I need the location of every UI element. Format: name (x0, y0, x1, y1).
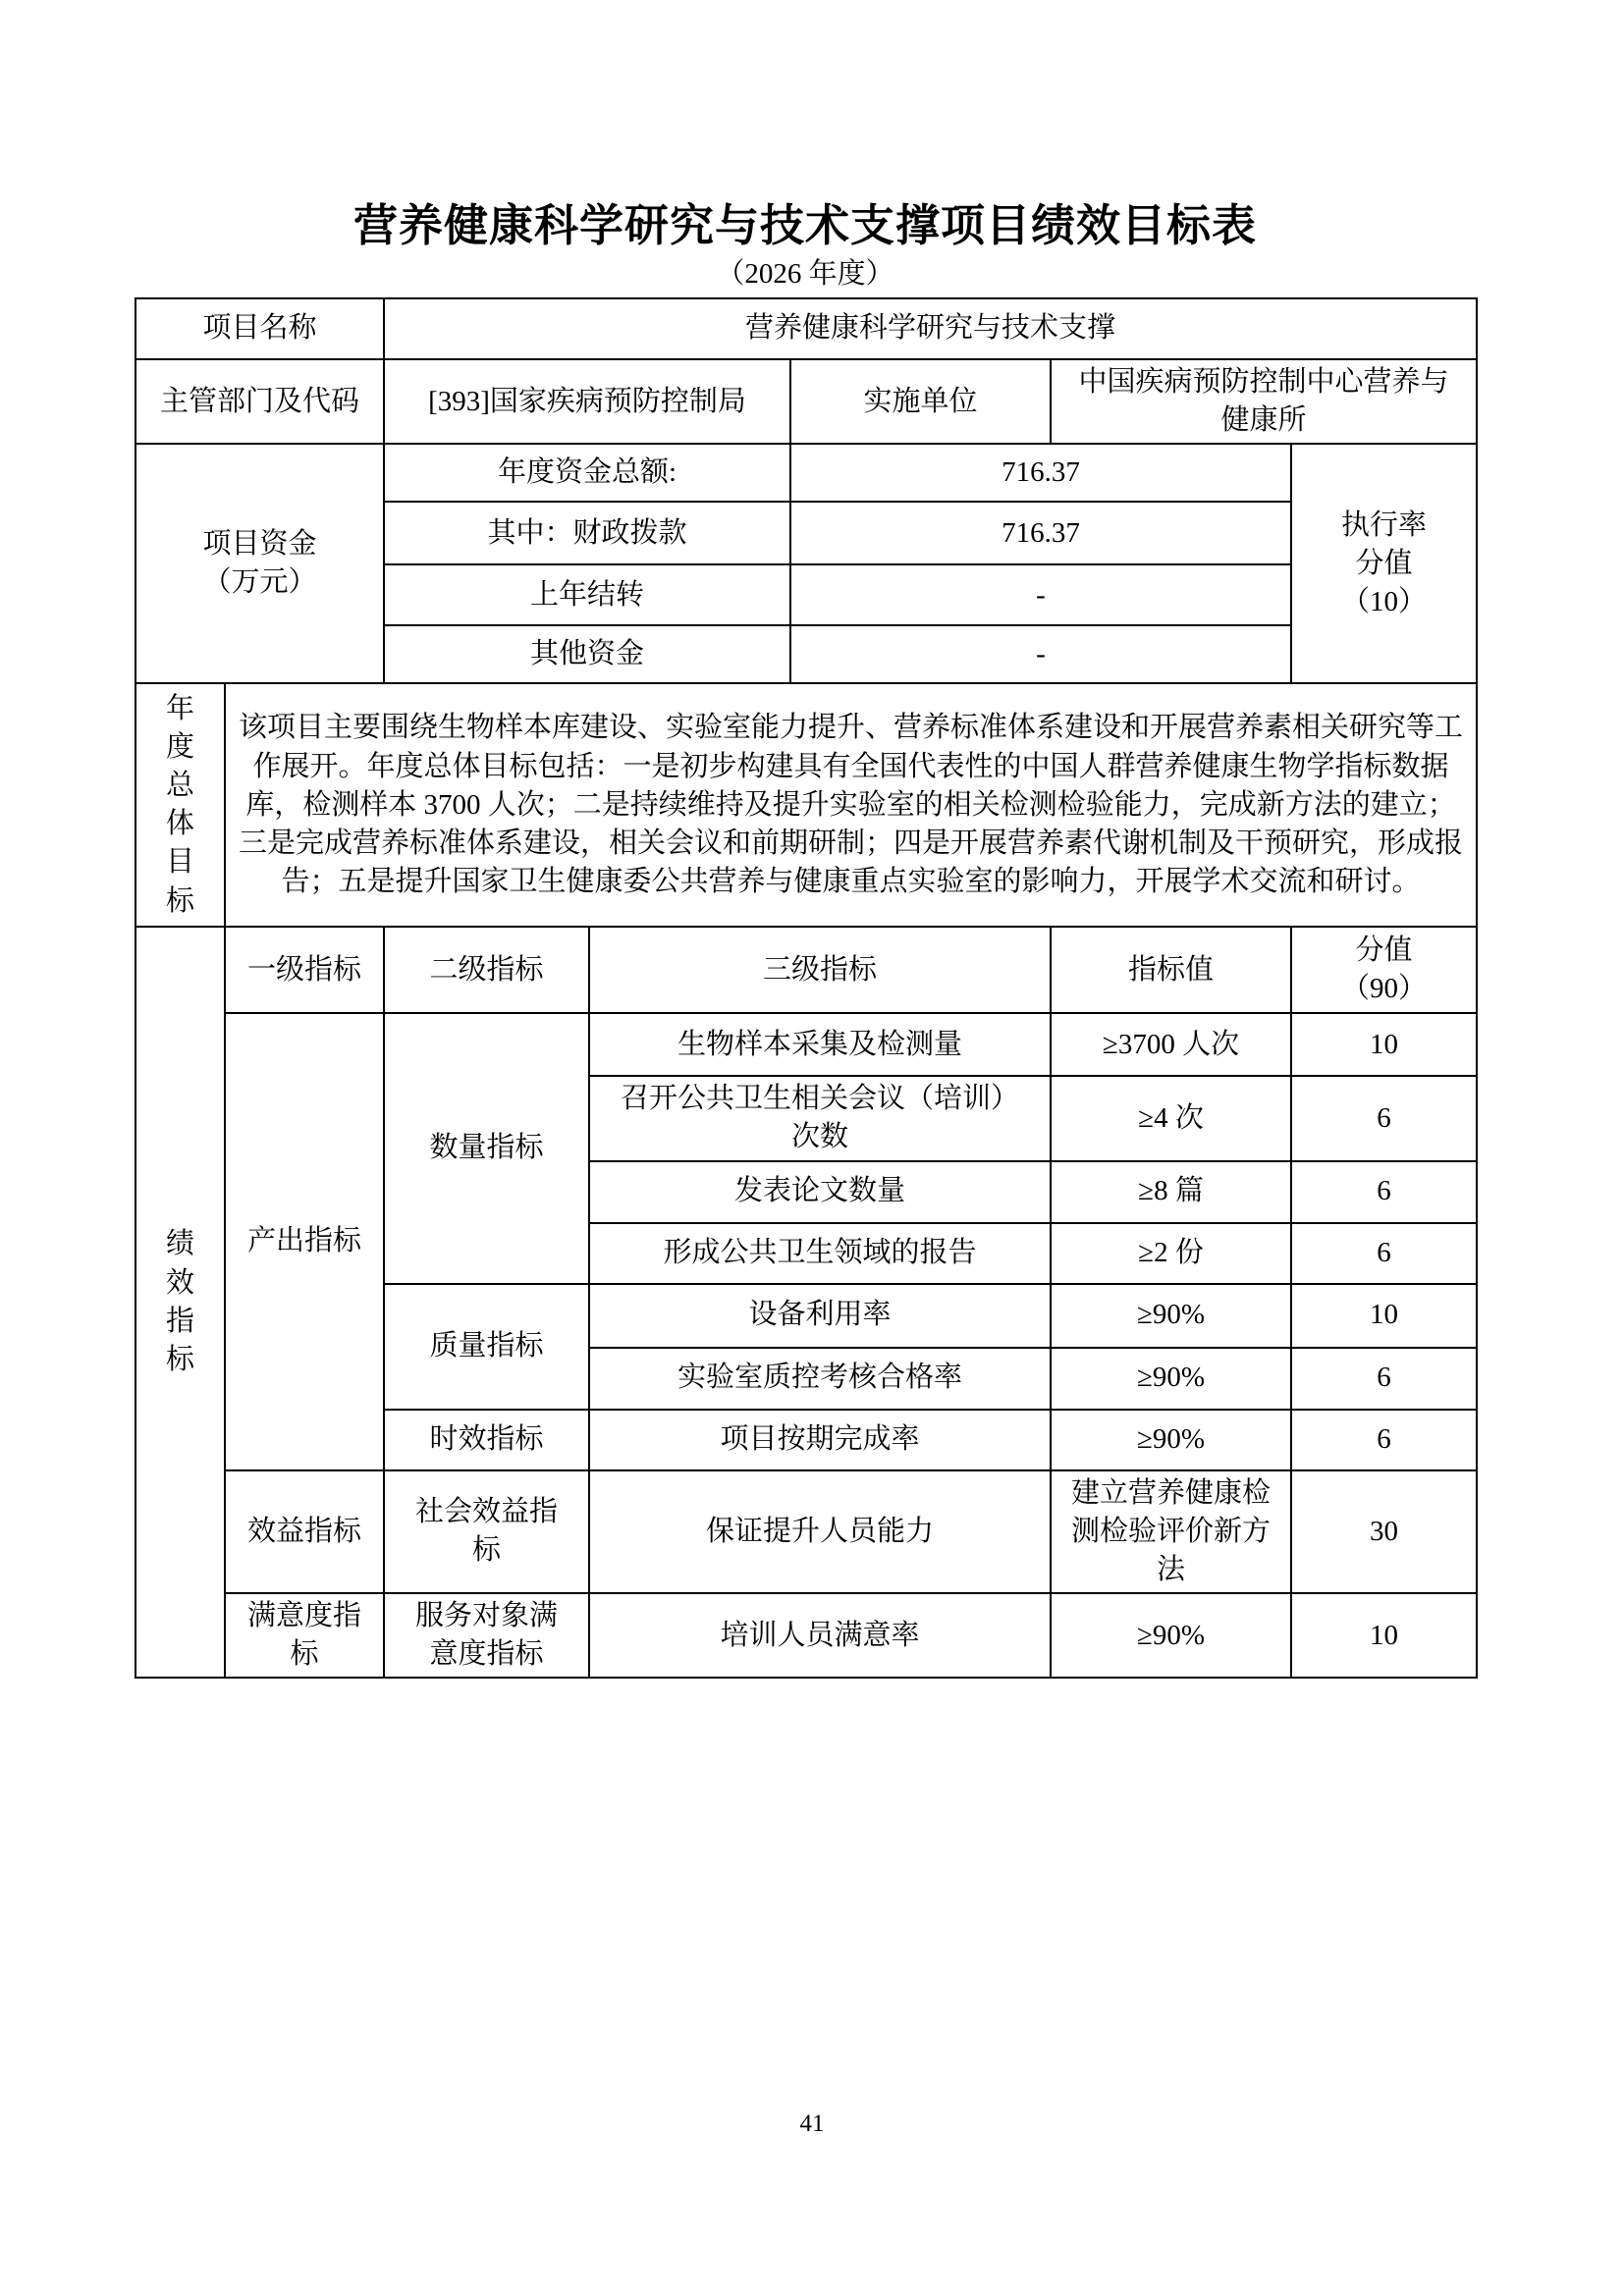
annual-goal-text: 该项目主要围绕生物样本库建设、实验室能力提升、营养标准体系建设和开展营养素相关研… (225, 683, 1477, 927)
table-row: 效益指标 社会效益指 标 保证提升人员能力 建立营养健康检 测检验评价新方 法 … (135, 1470, 1477, 1593)
indicator-score: 6 (1291, 1348, 1477, 1410)
level2-quality: 质量指标 (384, 1284, 589, 1410)
page-number: 41 (0, 2110, 1624, 2138)
funding-total-value: 716.37 (790, 444, 1291, 502)
level3-indicator: 保证提升人员能力 (589, 1470, 1051, 1593)
indicator-value: ≥2 份 (1051, 1223, 1291, 1284)
level2-social-benefit: 社会效益指 标 (384, 1470, 589, 1593)
performance-side-label: 绩 效 指 标 (135, 927, 225, 1678)
indicator-score: 6 (1291, 1223, 1477, 1284)
funding-other-value: - (790, 625, 1291, 683)
level3-indicator: 形成公共卫生领域的报告 (589, 1223, 1051, 1284)
level2-timeliness: 时效指标 (384, 1410, 589, 1470)
indicator-value: ≥90% (1051, 1348, 1291, 1410)
indicator-value: ≥90% (1051, 1284, 1291, 1348)
indicator-score: 10 (1291, 1284, 1477, 1348)
table-row: 满意度指 标 服务对象满 意度指标 培训人员满意率 ≥90% 10 (135, 1593, 1477, 1678)
dept-value: [393]国家疾病预防控制局 (384, 359, 790, 444)
indicator-score: 6 (1291, 1161, 1477, 1223)
table-row: 绩 效 指 标 一级指标 二级指标 三级指标 指标值 分值 （90） (135, 927, 1477, 1013)
level1-satisfaction: 满意度指 标 (225, 1593, 384, 1678)
indicator-value: ≥3700 人次 (1051, 1013, 1291, 1076)
indicator-score: 10 (1291, 1593, 1477, 1678)
level2-service-satisfaction: 服务对象满 意度指标 (384, 1593, 589, 1678)
funding-other-label: 其他资金 (384, 625, 790, 683)
indicator-score: 6 (1291, 1410, 1477, 1470)
annual-goal-side-label: 年 度 总 体 目 标 (135, 683, 225, 927)
project-name-label: 项目名称 (135, 298, 384, 359)
level3-indicator: 发表论文数量 (589, 1161, 1051, 1223)
table-row: 主管部门及代码 [393]国家疾病预防控制局 实施单位 中国疾病预防控制中心营养… (135, 359, 1477, 444)
level3-indicator: 生物样本采集及检测量 (589, 1013, 1051, 1076)
table-row: 年 度 总 体 目 标 该项目主要围绕生物样本库建设、实验室能力提升、营养标准体… (135, 683, 1477, 927)
indicator-value: 建立营养健康检 测检验评价新方 法 (1051, 1470, 1291, 1593)
level1-output: 产出指标 (225, 1013, 384, 1469)
indicator-score: 10 (1291, 1013, 1477, 1076)
performance-target-table: 项目名称 营养健康科学研究与技术支撑 主管部门及代码 [393]国家疾病预防控制… (135, 297, 1478, 1679)
header-level2: 二级指标 (384, 927, 589, 1013)
level2-quantity: 数量指标 (384, 1013, 589, 1283)
indicator-score: 30 (1291, 1470, 1477, 1593)
header-value: 指标值 (1051, 927, 1291, 1013)
table-row: 产出指标 数量指标 生物样本采集及检测量 ≥3700 人次 10 (135, 1013, 1477, 1076)
level3-indicator: 培训人员满意率 (589, 1593, 1051, 1678)
level3-indicator: 实验室质控考核合格率 (589, 1348, 1051, 1410)
indicator-value: ≥4 次 (1051, 1076, 1291, 1160)
project-name-value: 营养健康科学研究与技术支撑 (384, 298, 1477, 359)
header-level1: 一级指标 (225, 927, 384, 1013)
funding-fiscal-value: 716.37 (790, 502, 1291, 564)
document-page: 营养健康科学研究与技术支撑项目绩效目标表 （2026 年度） 项目名称 营养健康… (0, 0, 1624, 2296)
funding-label: 项目资金 （万元） (135, 444, 384, 683)
funding-total-label: 年度资金总额: (384, 444, 790, 502)
impl-unit-label: 实施单位 (790, 359, 1051, 444)
level3-indicator: 项目按期完成率 (589, 1410, 1051, 1470)
funding-carryover-label: 上年结转 (384, 564, 790, 625)
funding-carryover-value: - (790, 564, 1291, 625)
table-row: 项目名称 营养健康科学研究与技术支撑 (135, 298, 1477, 359)
indicator-value: ≥8 篇 (1051, 1161, 1291, 1223)
header-score: 分值 （90） (1291, 927, 1477, 1013)
page-title: 营养健康科学研究与技术支撑项目绩效目标表 (135, 189, 1476, 253)
execution-rate-score-label: 执行率 分值 （10） (1291, 444, 1477, 683)
funding-fiscal-label: 其中：财政拨款 (384, 502, 790, 564)
level1-benefit: 效益指标 (225, 1470, 384, 1593)
level3-indicator: 召开公共卫生相关会议（培训） 次数 (589, 1076, 1051, 1160)
header-level3: 三级指标 (589, 927, 1051, 1013)
dept-label: 主管部门及代码 (135, 359, 384, 444)
table-row: 项目资金 （万元） 年度资金总额: 716.37 执行率 分值 （10） (135, 444, 1477, 502)
indicator-score: 6 (1291, 1076, 1477, 1160)
indicator-value: ≥90% (1051, 1410, 1291, 1470)
level3-indicator: 设备利用率 (589, 1284, 1051, 1348)
indicator-value: ≥90% (1051, 1593, 1291, 1678)
impl-unit-value: 中国疾病预防控制中心营养与 健康所 (1051, 359, 1477, 444)
page-subtitle: （2026 年度） (135, 251, 1476, 292)
